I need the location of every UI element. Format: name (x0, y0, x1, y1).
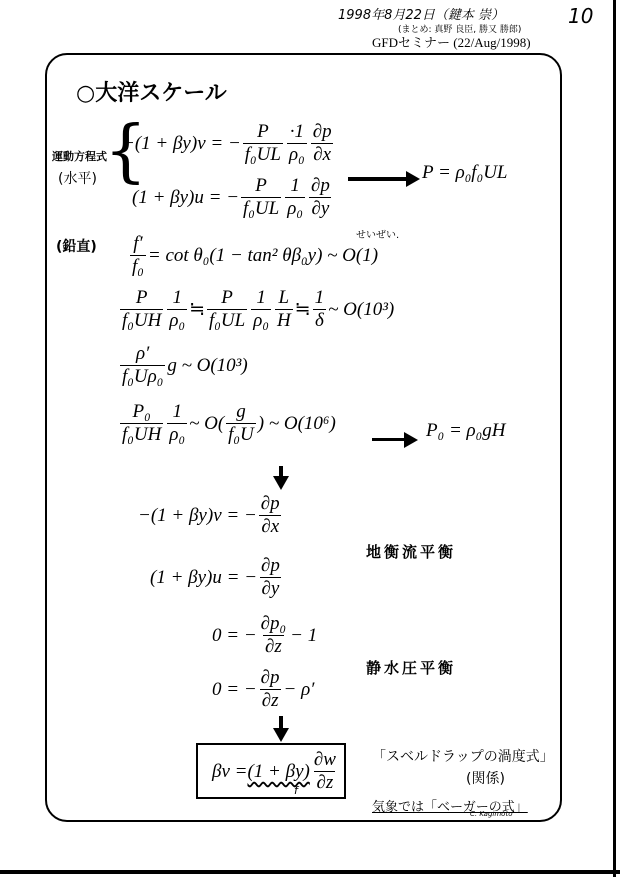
arrow-right-icon (348, 170, 408, 188)
header-seminar: GFDセミナー (22/Aug/1998) (372, 32, 531, 51)
sverdrup-note-relation: (関係) (466, 768, 505, 788)
geostrophic-eq-1: −(1 + βy)v = − ∂p∂x (138, 494, 284, 538)
page-right-edge (613, 0, 616, 877)
arrow-down-icon (279, 466, 283, 478)
section-title: ○大洋スケール (76, 76, 227, 107)
vertical-eq-2: Pf₀UH 1ρ₀ ≒ Pf₀UL 1ρ₀ LH ≒ 1δ ~ O(10³) (118, 288, 394, 332)
sverdrup-equation: βv = (1 + βy) ∂w∂z (212, 750, 340, 794)
horizontal-eq-1: −(1 + βy)v = − Pf₀UL ·1ρ₀ ∂p∂x (122, 122, 336, 166)
hydrostatic-eq-2: 0 = − ∂p∂z − ρ′ (212, 668, 314, 712)
sverdrup-note-name: 「スベルドラップの渦度式」 (372, 746, 554, 766)
hydrostatic-label: 静水圧平衡 (366, 657, 456, 678)
vertical-result: P₀ = ρ₀gH (426, 420, 505, 442)
vertical-eq-3: ρ′f₀Uρ₀ g ~ O(10³) (118, 344, 248, 388)
signature: C. Kagimoto (470, 810, 513, 818)
geostrophic-label: 地衡流平衡 (366, 541, 456, 562)
vertical-eq-1: f′f₀ = cot θ₀(1 − tan² θβ₀y) ~ O(1) (128, 234, 378, 278)
arrow-right-icon (372, 430, 406, 448)
horizontal-eq-2: (1 + βy)u = − Pf₀UL 1ρ₀ ∂p∂y (132, 176, 334, 220)
vertical-eq-4: P₀f₀UH 1ρ₀ ~ O( gf₀U ) ~ O(10⁶) (118, 402, 336, 446)
margin-note-momentum: 運動方程式 (52, 148, 107, 164)
sverdrup-factor-note: f (294, 784, 298, 797)
margin-note-vertical: (鉛直) (56, 236, 97, 256)
geostrophic-eq-2: (1 + βy)u = − ∂p∂y (150, 556, 284, 600)
horizontal-result: P = ρ₀f₀UL (422, 162, 507, 184)
page-bottom-edge (0, 870, 620, 874)
margin-note-horizontal: (水平) (58, 168, 97, 188)
arrow-down-icon (279, 716, 283, 730)
hydrostatic-eq-1: 0 = − ∂p₀∂z − 1 (212, 614, 317, 658)
page-number: 10 (568, 4, 593, 28)
header-date-author: 1998年8月22日（鍵本 崇） (338, 4, 504, 23)
